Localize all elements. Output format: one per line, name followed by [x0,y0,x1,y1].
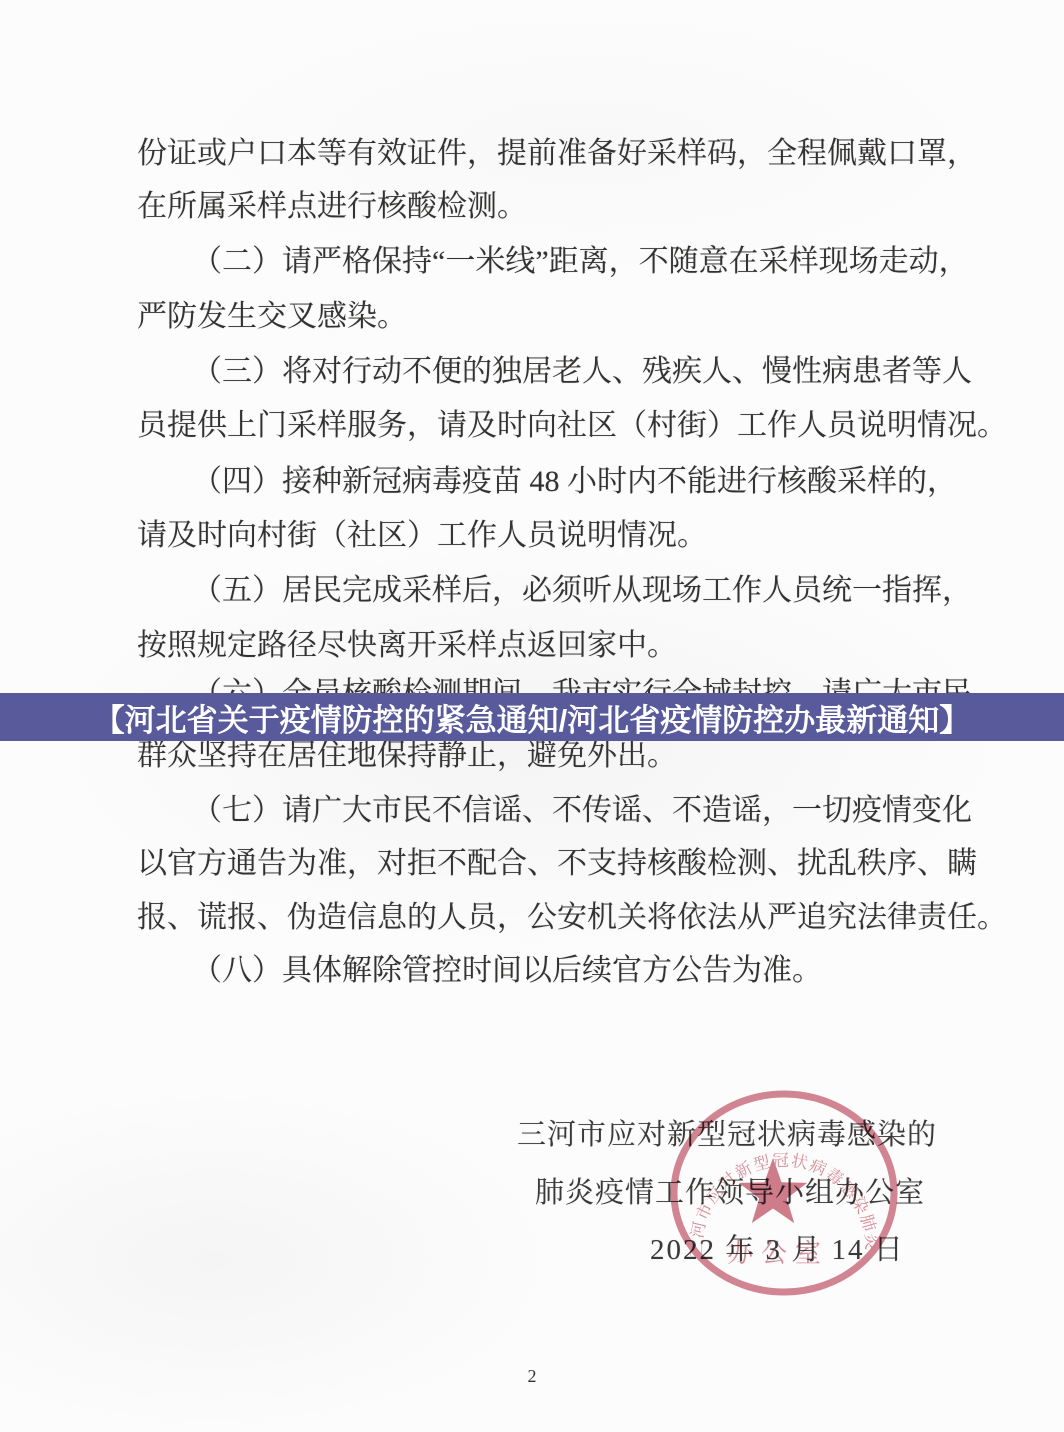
official-seal: 三河市应对新型冠状病毒感染肺炎疫情工作领导小组 办公室 [660,1082,908,1310]
document-line: 群众坚持在居住地保持静止，避免外出。 [137,739,947,773]
document-line: （二）请严格保持“一米线”距离，不随意在采样现场走动， [192,245,1002,279]
document-line: 以官方通告为准，对拒不配合、不支持核酸检测、扰乱秩序、瞒 [137,847,947,881]
document-line: 按照规定路径尽快离开采样点返回家中。 [137,629,947,663]
seal-ring-text: 三河市应对新型冠状病毒感染肺炎疫情工作领导小组 [660,1082,881,1257]
document-line: 在所属采样点进行核酸检测。 [137,190,947,224]
overlay-title-banner: 【河北省关于疫情防控的紧急通知/河北省疫情防控办最新通知】 [0,693,1064,741]
seal-bottom-text: 办公室 [727,1239,829,1268]
document-line: 严防发生交叉感染。 [137,300,947,334]
document-line: （五）居民完成采样后，必须听从现场工作人员统一指挥， [192,574,1002,608]
document-line: （三）将对行动不便的独居老人、残疾人、慢性病患者等人 [192,355,1002,389]
document-line: 请及时向村街（社区）工作人员说明情况。 [137,519,947,553]
overlay-title-text: 【河北省关于疫情防控的紧急通知/河北省疫情防控办最新通知】 [94,695,971,740]
document-line: 报、谎报、伪造信息的人员，公安机关将依法从严追究法律责任。 [137,901,947,935]
document-line: （八）具体解除管控时间以后续官方公告为准。 [192,954,1002,988]
document-line: （四）接种新冠病毒疫苗 48 小时内不能进行核酸采样的， [192,465,1002,499]
scanned-document-page: 份证或户口本等有效证件，提前准备好采样码，全程佩戴口罩，在所属采样点进行核酸检测… [0,0,1064,1432]
page-number: 2 [500,1366,564,1387]
document-line: 份证或户口本等有效证件，提前准备好采样码，全程佩戴口罩， [137,137,947,171]
document-line: （七）请广大市民不信谣、不传谣、不造谣，一切疫情变化 [192,794,1002,828]
document-line: 员提供上门采样服务，请及时向社区（村街）工作人员说明情况。 [137,409,947,443]
